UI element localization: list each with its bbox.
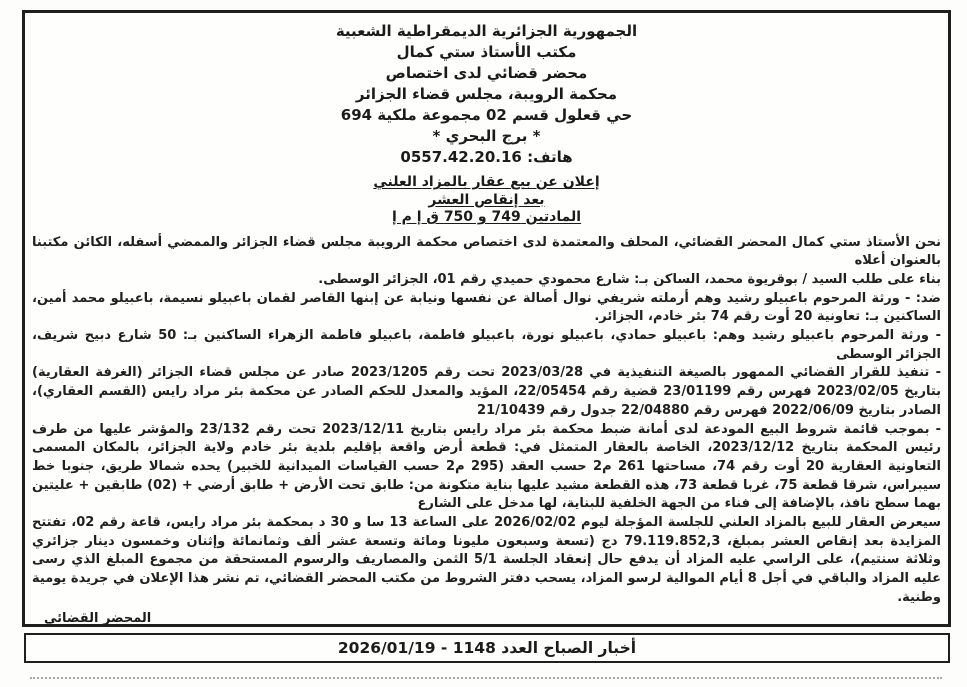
letterhead-bailiff-line: محضر قضائي لدى اختصاص bbox=[30, 63, 943, 84]
scan-edge-line bbox=[30, 677, 942, 679]
newspaper-footer-text: أخبار الصباح العدد 1148 - 2026/01/19 bbox=[338, 639, 636, 657]
signature-bailiff: المحضر القضائي bbox=[30, 611, 943, 626]
letterhead-office-line: مكتب الأستاذ ستي كمال bbox=[30, 42, 943, 63]
notice-title-sub: بعد إنقاص العشر bbox=[30, 192, 943, 210]
letterhead-address-line: حي قعلول قسم 02 مجموعة ملكية 694 bbox=[30, 105, 943, 126]
notice-title-block: إعلان عن بيع عقار بالمزاد العلني بعد إنق… bbox=[30, 174, 943, 227]
letterhead-republic-line: الجمهورية الجزائرية الديمقراطية الشعبية bbox=[30, 21, 943, 42]
letterhead-phone-line: هاتف: 0557.42.20.16 bbox=[30, 147, 943, 168]
paragraph-bailiff-intro: نحن الأستاذ ستي كمال المحضر القضائي، الم… bbox=[32, 234, 941, 271]
paragraph-defendants-1: ضد: - ورثة المرحوم باعبيلو رشيد وهم أرمل… bbox=[32, 290, 941, 327]
paragraph-property-description: - بموجب قائمة شروط البيع المودعة لدى أما… bbox=[32, 421, 941, 515]
letterhead-city-line: * برج البحري * bbox=[30, 126, 943, 147]
paragraph-judgment-reference: - تنفيذ للقرار القضائي الممهور بالصيغة ا… bbox=[32, 364, 941, 420]
paragraph-defendants-2: - ورثة المرحوم باعبيلو رشيد وهم: باعبيلو… bbox=[32, 327, 941, 364]
notice-title-main: إعلان عن بيع عقار بالمزاد العلني bbox=[30, 174, 943, 192]
paragraph-auction-terms: سيعرض العقار للبيع بالمزاد العلني للجلسة… bbox=[32, 514, 941, 608]
notice-title-articles: المادتين 749 و 750 ق إ م إ bbox=[30, 209, 943, 227]
paragraph-requester: بناء على طلب السيد / بوقريوة محمد، الساك… bbox=[32, 271, 941, 290]
letterhead-court-line: محكمة الرويبة، مجلس قضاء الجزائر bbox=[30, 84, 943, 105]
scanned-page: الجمهورية الجزائرية الديمقراطية الشعبية … bbox=[0, 0, 967, 687]
notice-border-box: الجمهورية الجزائرية الديمقراطية الشعبية … bbox=[22, 10, 951, 627]
letterhead: الجمهورية الجزائرية الديمقراطية الشعبية … bbox=[30, 19, 943, 168]
notice-body: نحن الأستاذ ستي كمال المحضر القضائي، الم… bbox=[30, 234, 943, 608]
newspaper-footer-box: أخبار الصباح العدد 1148 - 2026/01/19 bbox=[24, 633, 950, 663]
